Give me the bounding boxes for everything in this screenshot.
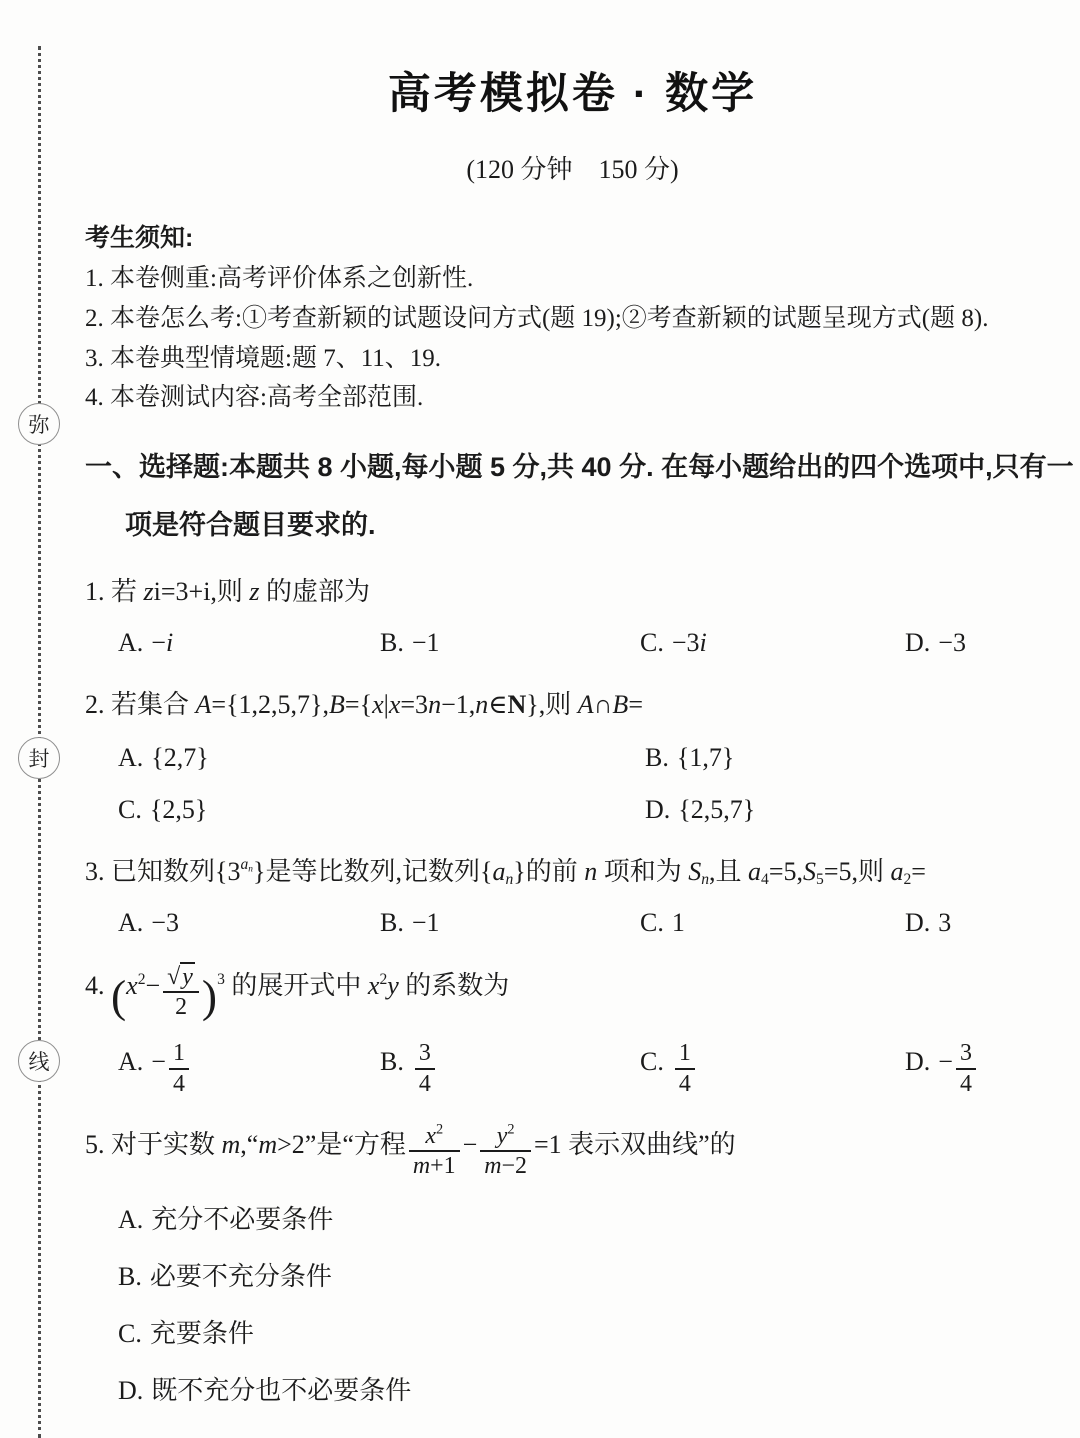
question-4-stem: 4. (x2−√y2)3 的展开式中 x2y 的系数为 — [85, 964, 1060, 1021]
option-value: −i — [151, 628, 173, 657]
notice-item-3: 3. 本卷典型情境题:题 7、11、19. — [85, 345, 1060, 374]
question-5-stem: 5. 对于实数 m,“m>2”是“方程x2m+1−y2m−2=1 表示双曲线”的 — [85, 1123, 1060, 1180]
question-3-option-b: B.−1 — [380, 908, 640, 938]
question-2-option-b: B.{1,7} — [645, 743, 1060, 773]
notice-item-2: 2. 本卷怎么考:①考查新颖的试题设问方式(题 19);②考查新颖的试题呈现方式… — [85, 305, 1060, 334]
question-3-option-a: A.−3 — [118, 908, 380, 938]
question-5-option-a: A.充分不必要条件 — [85, 1199, 1060, 1236]
notice-item-4: 4. 本卷测试内容:高考全部范围. — [85, 384, 1060, 413]
exam-title: 高考模拟卷 · 数学 — [85, 60, 1060, 121]
question-4-options: A.−14 B.34 C.14 D.−34 — [85, 1040, 1060, 1097]
option-value: −3i — [672, 628, 707, 657]
option-value: −1 — [412, 628, 440, 657]
option-label: D. — [645, 795, 670, 824]
option-value: 3 — [938, 908, 951, 937]
seal-char-mi: 弥 — [18, 403, 60, 445]
option-label: C. — [640, 1047, 664, 1076]
option-value: 34 — [412, 1047, 438, 1076]
option-label: C. — [640, 908, 664, 937]
question-3-option-c: C.1 — [640, 908, 905, 938]
notice-item-1: 1. 本卷侧重:高考评价体系之创新性. — [85, 265, 1060, 294]
option-value: {2,7} — [151, 743, 208, 772]
question-5-option-b: B.必要不充分条件 — [85, 1256, 1060, 1293]
option-value: −14 — [151, 1047, 192, 1076]
option-label: D. — [905, 628, 930, 657]
option-label: A. — [118, 1205, 143, 1234]
question-3-option-d: D.3 — [905, 908, 1060, 938]
exam-subtitle: (120 分钟 150 分) — [85, 149, 1060, 186]
option-label: C. — [118, 795, 142, 824]
option-label: A. — [118, 908, 143, 937]
option-label: B. — [645, 743, 669, 772]
question-3-options: A.−3 B.−1 C.1 D.3 — [85, 908, 1060, 938]
question-1-option-b: B.−1 — [380, 628, 640, 658]
option-label: C. — [118, 1319, 142, 1348]
question-3-stem: 3. 已知数列{3an}是等比数列,记数列{an}的前 n 项和为 Sn,且 a… — [85, 851, 1060, 888]
option-label: D. — [905, 908, 930, 937]
question-2-options: A.{2,7} B.{1,7} C.{2,5} D.{2,5,7} — [85, 743, 1060, 825]
question-4-option-a: A.−14 — [118, 1040, 380, 1097]
option-value: {1,7} — [677, 743, 734, 772]
option-label: A. — [118, 1047, 143, 1076]
question-1-option-c: C.−3i — [640, 628, 905, 658]
question-4-option-c: C.14 — [640, 1040, 905, 1097]
option-value: −3 — [151, 908, 179, 937]
option-value: 充要条件 — [150, 1319, 254, 1348]
question-5-option-c: C.充要条件 — [85, 1313, 1060, 1350]
question-1-stem: 1. 若 zi=3+i,则 z 的虚部为 — [85, 571, 1060, 608]
option-value: 既不充分也不必要条件 — [151, 1376, 411, 1405]
question-2-option-d: D.{2,5,7} — [645, 795, 1060, 825]
option-label: B. — [380, 1047, 404, 1076]
question-4-option-b: B.34 — [380, 1040, 640, 1097]
question-2-option-a: A.{2,7} — [118, 743, 645, 773]
section-heading-line-1: 一、选择题:本题共 8 小题,每小题 5 分,共 40 分. 在每小题给出的四个… — [85, 449, 1060, 487]
option-label: D. — [118, 1376, 143, 1405]
section-heading-line-2: 项是符合题目要求的. — [85, 507, 1060, 545]
option-value: 充分不必要条件 — [151, 1205, 333, 1234]
question-2-option-c: C.{2,5} — [118, 795, 645, 825]
seal-char-xian: 线 — [18, 1040, 60, 1082]
option-label: C. — [640, 628, 664, 657]
question-4-option-d: D.−34 — [905, 1040, 1060, 1097]
option-value: 14 — [672, 1047, 698, 1076]
question-1-option-a: A.−i — [118, 628, 380, 658]
option-value: −3 — [938, 628, 966, 657]
option-label: B. — [380, 908, 404, 937]
option-value: −34 — [938, 1047, 979, 1076]
option-label: A. — [118, 743, 143, 772]
option-value: 必要不充分条件 — [150, 1262, 332, 1291]
question-1-options: A.−i B.−1 C.−3i D.−3 — [85, 628, 1060, 658]
exam-page: 弥 封 线 高考模拟卷 · 数学 (120 分钟 150 分) 考生须知: 1.… — [0, 0, 1080, 1438]
question-5-options: A.充分不必要条件 B.必要不充分条件 C.充要条件 D.既不充分也不必要条件 — [85, 1199, 1060, 1407]
exam-content: 高考模拟卷 · 数学 (120 分钟 150 分) 考生须知: 1. 本卷侧重:… — [85, 0, 1060, 1407]
question-5-option-d: D.既不充分也不必要条件 — [85, 1370, 1060, 1407]
notice-heading: 考生须知: — [85, 218, 1060, 254]
option-label: B. — [380, 628, 404, 657]
question-2-stem: 2. 若集合 A={1,2,5,7},B={x|x=3n−1,n∈N},则 A∩… — [85, 684, 1060, 721]
option-label: A. — [118, 628, 143, 657]
question-1-option-d: D.−3 — [905, 628, 1060, 658]
seal-char-feng: 封 — [18, 737, 60, 779]
option-value: −1 — [412, 908, 440, 937]
option-label: B. — [118, 1262, 142, 1291]
option-label: D. — [905, 1047, 930, 1076]
option-value: 1 — [672, 908, 685, 937]
option-value: {2,5,7} — [678, 795, 755, 824]
option-value: {2,5} — [150, 795, 207, 824]
